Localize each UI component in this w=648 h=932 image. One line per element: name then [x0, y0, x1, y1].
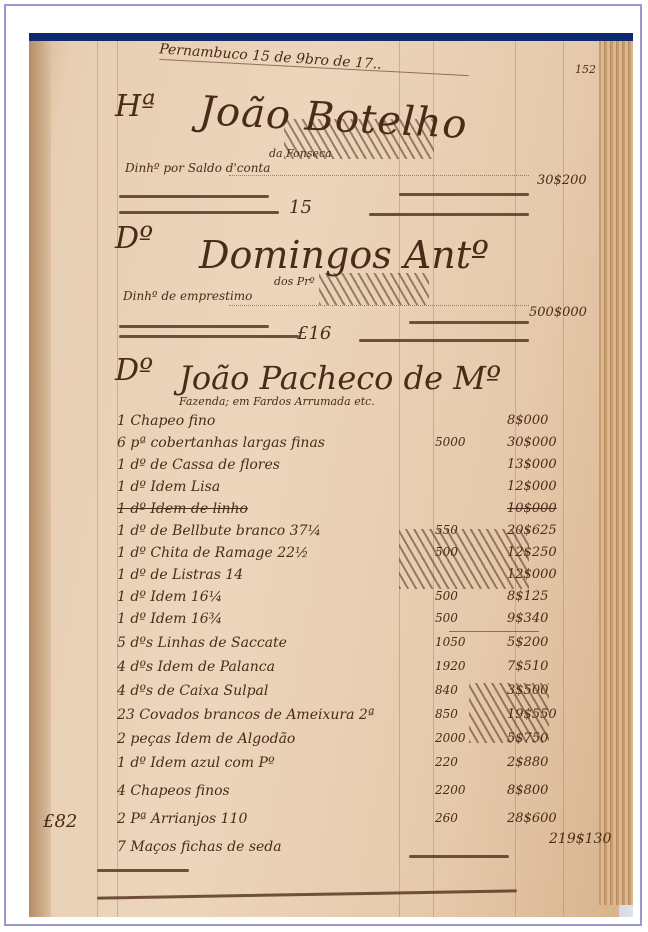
ruled-line: [119, 335, 299, 338]
ruled-line: [409, 321, 529, 324]
account-total: 219$130: [549, 831, 611, 847]
row-qty-description: 1 Chapeo fino: [117, 413, 215, 429]
account-subtitle: dos Prº: [274, 275, 315, 288]
entry-description: Dinhº de emprestimo: [123, 289, 252, 303]
row-amount: 8$000: [507, 413, 548, 428]
account-name: Domingos Antº: [199, 233, 489, 277]
ledger-row: 1 Chapeo fino 8$000: [117, 413, 537, 435]
account-prefix: Dº: [115, 221, 153, 256]
account-name: João Pacheco de Mº: [179, 359, 501, 397]
ledger-row: 1 dº Idem azul com Pº 220 2$880: [117, 755, 537, 777]
ruled-line: [369, 213, 529, 216]
ledger-row: 4 dºs Idem de Palanca 1920 7$510: [117, 659, 537, 681]
account-subtitle: da Fonseca: [269, 147, 332, 160]
account-prefix: Dº: [115, 353, 153, 388]
ruled-line: [119, 325, 269, 328]
entry-amount: 500$000: [529, 305, 587, 320]
ledger-row: 6 pª cobertanhas largas finas 5000 30$00…: [117, 435, 537, 457]
ledger-row: 5 dºs Linhas de Saccate 1050 5$200: [117, 635, 537, 657]
ledger-photograph: Pernambuco 15 de 9bro de 17.. 152 Hª Joã…: [29, 33, 633, 917]
row-rate: 5000: [435, 435, 466, 449]
ledger-row: 2 Pª Arrianjos 110 260 28$600: [117, 811, 537, 833]
book-gutter: [29, 41, 51, 917]
margin-note: £82: [43, 811, 77, 832]
ruled-line: [359, 339, 529, 342]
entry-amount: 30$200: [537, 173, 587, 188]
page-number: 152: [575, 63, 596, 76]
account-subtitle: Fazenda; em Fardos Arrumada etc.: [179, 395, 375, 408]
entry-description: Dinhº por Saldo d'conta: [125, 161, 270, 175]
folio-ref: 15: [289, 197, 312, 218]
margin-rule: [97, 41, 98, 917]
folio-ref: £16: [297, 323, 331, 344]
ledger-row: 1 dº Idem 16¾ 500 9$340: [117, 611, 537, 633]
leader-dots: [229, 175, 529, 176]
ruled-line: [97, 869, 189, 872]
ruled-line: [399, 193, 529, 196]
flourish: [399, 529, 529, 589]
subtotal-rule: [449, 631, 539, 632]
leader-dots: [229, 305, 529, 306]
image-frame: Pernambuco 15 de 9bro de 17.. 152 Hª Joã…: [4, 4, 642, 926]
ledger-row: 1 dº de Cassa de flores 13$000: [117, 457, 537, 479]
row-amount: 30$000: [507, 435, 557, 450]
flourish: [319, 273, 429, 305]
flourish: [469, 683, 549, 743]
ledger-row: 1 dº Idem 16¼ 500 8$125: [117, 589, 537, 611]
ledger-row: 1 dº Idem Lisa 12$000: [117, 479, 537, 501]
ruled-line: [119, 211, 279, 214]
ledger-row: 4 Chapeos finos 2200 8$800: [117, 783, 537, 805]
account-prefix: Hª: [115, 89, 155, 124]
ledger-row-struck: 1 dº Idem de linho 10$000: [117, 501, 537, 523]
total-rule: [409, 855, 509, 858]
page-edges: [599, 41, 633, 905]
ruled-line: [119, 195, 269, 198]
